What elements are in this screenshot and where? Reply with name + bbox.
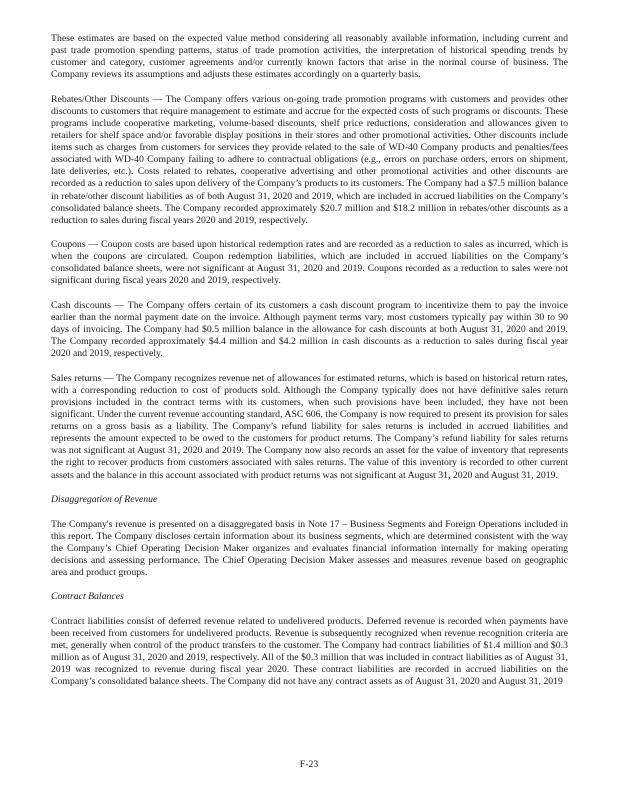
paragraph-estimates-basis: These estimates are based on the expecte… [51, 33, 568, 81]
paragraph-coupons: Coupons — Coupon costs are based upon hi… [51, 239, 568, 287]
document-page: These estimates are based on the expecte… [51, 33, 568, 701]
paragraph-disaggregation: The Company's revenue is presented on a … [51, 519, 568, 579]
paragraph-contract-balances: Contract liabilities consist of deferred… [51, 616, 568, 689]
section-heading-contract-balances: Contract Balances [51, 591, 568, 603]
paragraph-sales-returns: Sales returns — The Company recognizes r… [51, 373, 568, 482]
paragraph-rebates-other-discounts: Rebates/Other Discounts — The Company of… [51, 94, 568, 227]
section-heading-disaggregation-of-revenue: Disaggregation of Revenue [51, 494, 568, 506]
paragraph-cash-discounts: Cash discounts — The Company offers cert… [51, 300, 568, 360]
page-number: F-23 [0, 759, 618, 771]
